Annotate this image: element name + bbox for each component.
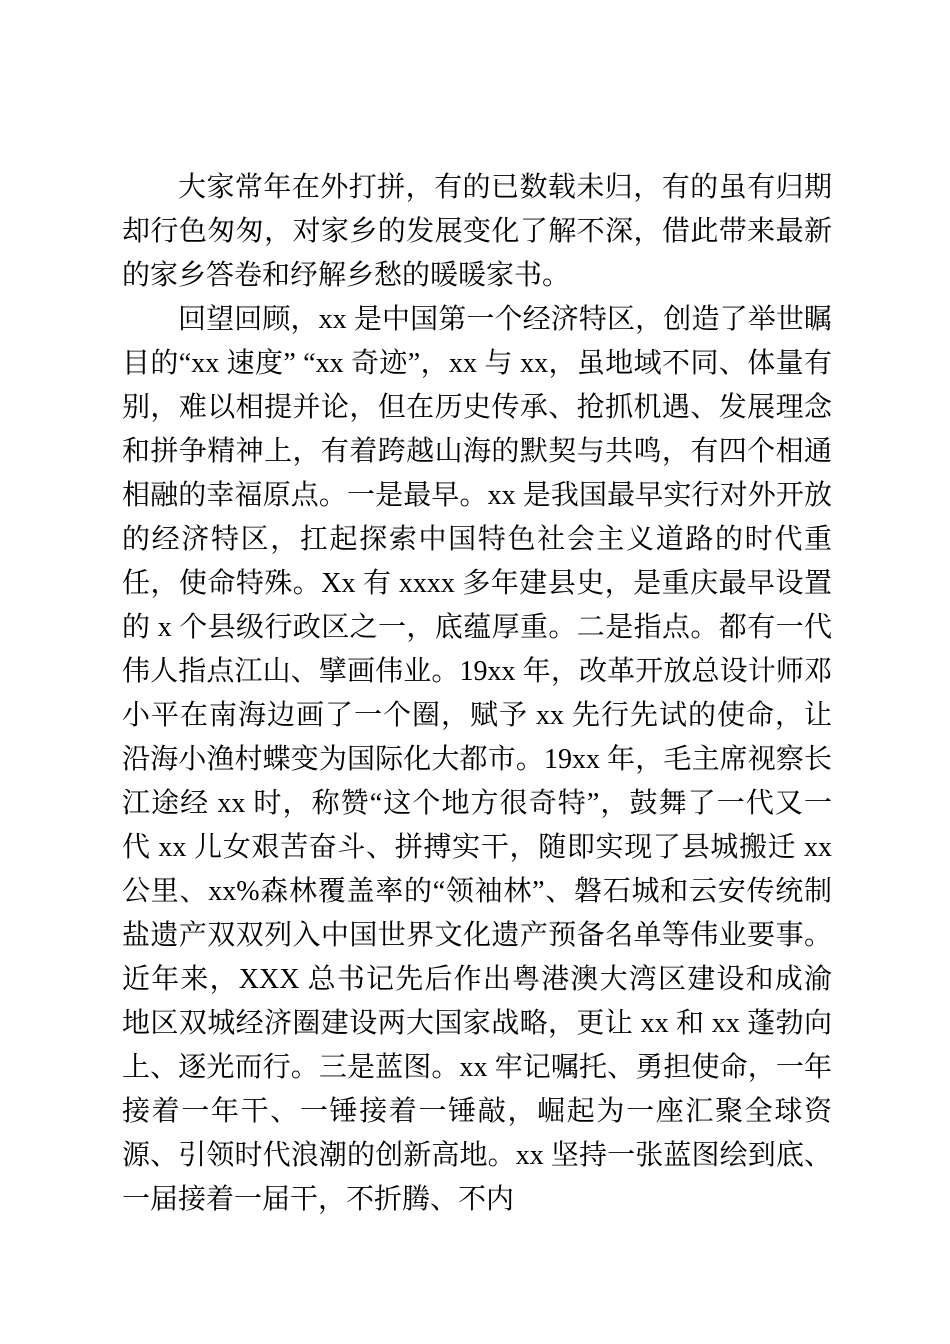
document-page: 大家常年在外打拼，有的已数载未归，有的虽有归期却行色匆匆，对家乡的发展变化了解不… bbox=[0, 0, 950, 1344]
document-body: 大家常年在外打拼，有的已数载未归，有的虽有归期却行色匆匆，对家乡的发展变化了解不… bbox=[122, 166, 832, 1222]
paragraph-2: 回望回顾，xx 是中国第一个经济特区，创造了举世瞩目的“xx 速度” “xx 奇… bbox=[122, 298, 832, 1222]
paragraph-1: 大家常年在外打拼，有的已数载未归，有的虽有归期却行色匆匆，对家乡的发展变化了解不… bbox=[122, 166, 832, 298]
